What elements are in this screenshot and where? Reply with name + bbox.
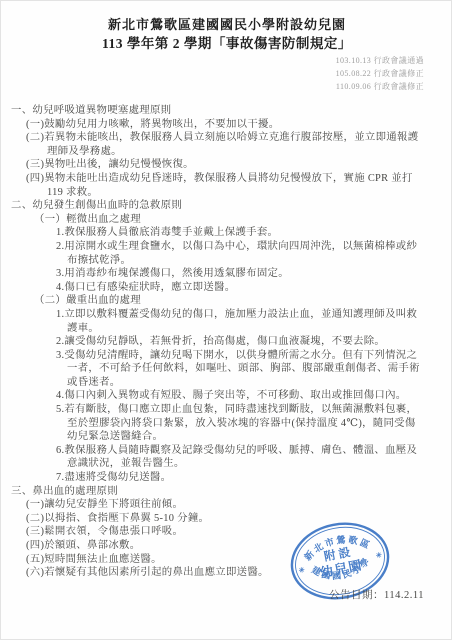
document-title: 113 學年第 2 學期「事故傷害防制規定」 [1,32,452,52]
revision-line: 110.09.06 行政會議修正 [336,81,424,94]
doc-paragraph: 3.受傷幼兒清醒時，讓幼兒喝下開水，以供身體所需之水分。但有下列情況之一者，不可… [1,349,426,390]
doc-paragraph: 2.讓受傷幼兒靜臥，若無骨折，抬高傷處，傷口血液凝塊，不要去除。 [1,335,426,349]
doc-paragraph: 三、鼻出血的處理原則 [1,485,426,499]
doc-paragraph: 1.立即以敷料覆蓋受傷幼兒的傷口，施加壓力設法止血，並通知護理師及叫救護車。 [1,308,426,335]
revision-line: 105.08.22 行政會議修正 [336,68,424,81]
document-body: 一、幼兒呼吸道異物哽塞處理原則(一)鼓勵幼兒用力咳嗽，將異物咳出，不要加以干擾。… [1,104,452,580]
document-page: 新北市鶯歌區建國國民小學附設幼兒園 113 學年第 2 學期「事故傷害防制規定」… [0,0,452,640]
doc-paragraph: 7.盡速將受傷幼兒送醫。 [1,471,426,485]
doc-paragraph: 3.用消毒紗布塊保護傷口，然後用透氣膠布固定。 [1,267,426,281]
doc-paragraph: 5.若有斷肢，傷口應立即止血包紮，同時盡速找到斷肢，以無菌濕敷料包裹，至於塑膠袋… [1,403,426,444]
doc-paragraph: (二)若異物未能咳出，教保服務人員立刻施以哈姆立克進行腹部按壓，並立即通報護理師… [1,131,426,158]
doc-paragraph: （二）嚴重出血的處理 [1,294,426,308]
doc-paragraph: (三)異物吐出後，讓幼兒慢慢恢復。 [1,158,426,172]
doc-paragraph: (四)異物未能吐出造成幼兒昏迷時，教保服務人員將幼兒慢慢放下，實施 CPR 並打… [1,172,426,199]
school-title: 新北市鶯歌區建國國民小學附設幼兒園 [1,14,452,33]
doc-paragraph: （一）輕微出血之處理 [1,213,426,227]
doc-paragraph: 6.教保服務人員隨時觀察及記錄受傷幼兒的呼吸、脈搏、膚色、體溫、血壓及意識狀況，… [1,444,426,471]
stamp-deco-left-icon: ✳ [298,566,305,575]
stamp-deco-right-icon: ✳ [375,551,382,560]
doc-paragraph: 4.傷口內刺入異物或有短股、腸子突出等，不可移動、取出或推回傷口內。 [1,389,426,403]
doc-paragraph: 4.傷口已有感染症狀時，應立即送醫。 [1,281,426,295]
doc-paragraph: 1.教保服務人員徹底消毒雙手並戴上保護手套。 [1,226,426,240]
publish-date: 公告日期：114.2.11 [329,587,424,602]
revision-history: 103.10.13 行政會議通過105.08.22 行政會議修正110.09.0… [336,55,424,93]
doc-paragraph: (一)讓幼兒安靜坐下將頭往前傾。 [1,498,426,512]
revision-line: 103.10.13 行政會議通過 [336,55,424,68]
doc-paragraph: 2.用涼開水或生理食鹽水，以傷口為中心，環狀向四周沖洗，以無菌棉棒或紗布擦拭乾淨… [1,240,426,267]
doc-paragraph: 二、幼兒發生創傷出血時的急救原則 [1,199,426,213]
doc-paragraph: (一)鼓勵幼兒用力咳嗽，將異物咳出，不要加以干擾。 [1,118,426,132]
doc-paragraph: 一、幼兒呼吸道異物哽塞處理原則 [1,104,426,118]
